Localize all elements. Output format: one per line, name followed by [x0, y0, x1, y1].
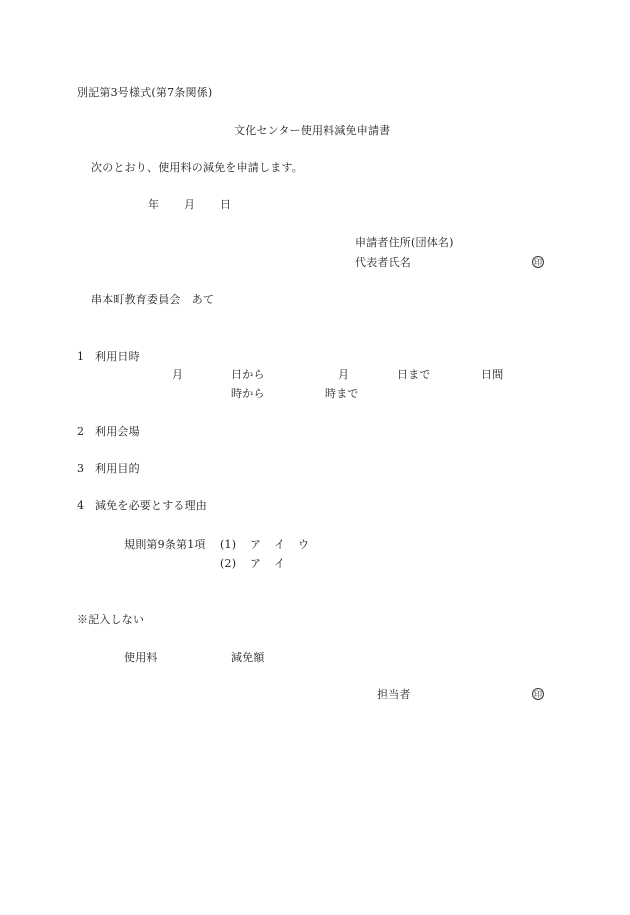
- clause1-option-a: ア: [250, 538, 261, 551]
- item1-start-month: 月: [172, 368, 183, 381]
- item1-duration-days: 日間: [481, 368, 503, 381]
- staff-label: 担当者: [377, 688, 411, 701]
- item1-end-day: 日まで: [397, 368, 431, 381]
- form-number: 別記第3号様式(第7条関係): [77, 86, 212, 99]
- seal-mark-icon: 印: [532, 256, 544, 268]
- staff-seal-mark-icon: 印: [532, 688, 544, 700]
- representative-name-label: 代表者氏名: [355, 256, 411, 269]
- item2-number: 2: [77, 425, 84, 438]
- reduction-amount-label: 減免額: [231, 651, 265, 664]
- usage-fee-label: 使用料: [124, 651, 158, 664]
- item4-label: 減免を必要とする理由: [95, 499, 207, 512]
- clause1-option-i: イ: [274, 538, 285, 551]
- date-year: 年: [148, 198, 159, 211]
- intro-text: 次のとおり、使用料の減免を申請します。: [91, 161, 303, 174]
- item3-number: 3: [77, 462, 84, 475]
- item4-rule-reference: 規則第9条第1項: [124, 538, 206, 551]
- office-use-note: ※記入しない: [77, 613, 144, 626]
- clause2-option-i: イ: [274, 557, 285, 570]
- item1-end-month: 月: [338, 368, 349, 381]
- item4-number: 4: [77, 499, 84, 512]
- item3-label: 利用目的: [95, 462, 140, 475]
- item2-label: 利用会場: [95, 425, 140, 438]
- clause2-option-a: ア: [250, 557, 261, 570]
- clause1-option-u: ウ: [298, 538, 309, 551]
- date-month: 月: [184, 198, 195, 211]
- clause1-number: (1): [220, 538, 236, 551]
- item1-start-day: 日から: [231, 368, 265, 381]
- applicant-address-label: 申請者住所(団体名): [355, 236, 454, 249]
- item1-start-time: 時から: [231, 387, 265, 400]
- item1-label: 利用日時: [95, 350, 140, 363]
- item1-end-time: 時まで: [325, 387, 359, 400]
- clause2-number: (2): [220, 557, 236, 570]
- addressee: 串本町教育委員会 あて: [91, 293, 214, 306]
- document-title: 文化センター使用料減免申請書: [234, 124, 390, 137]
- item1-number: 1: [77, 350, 84, 363]
- date-day: 日: [220, 198, 231, 211]
